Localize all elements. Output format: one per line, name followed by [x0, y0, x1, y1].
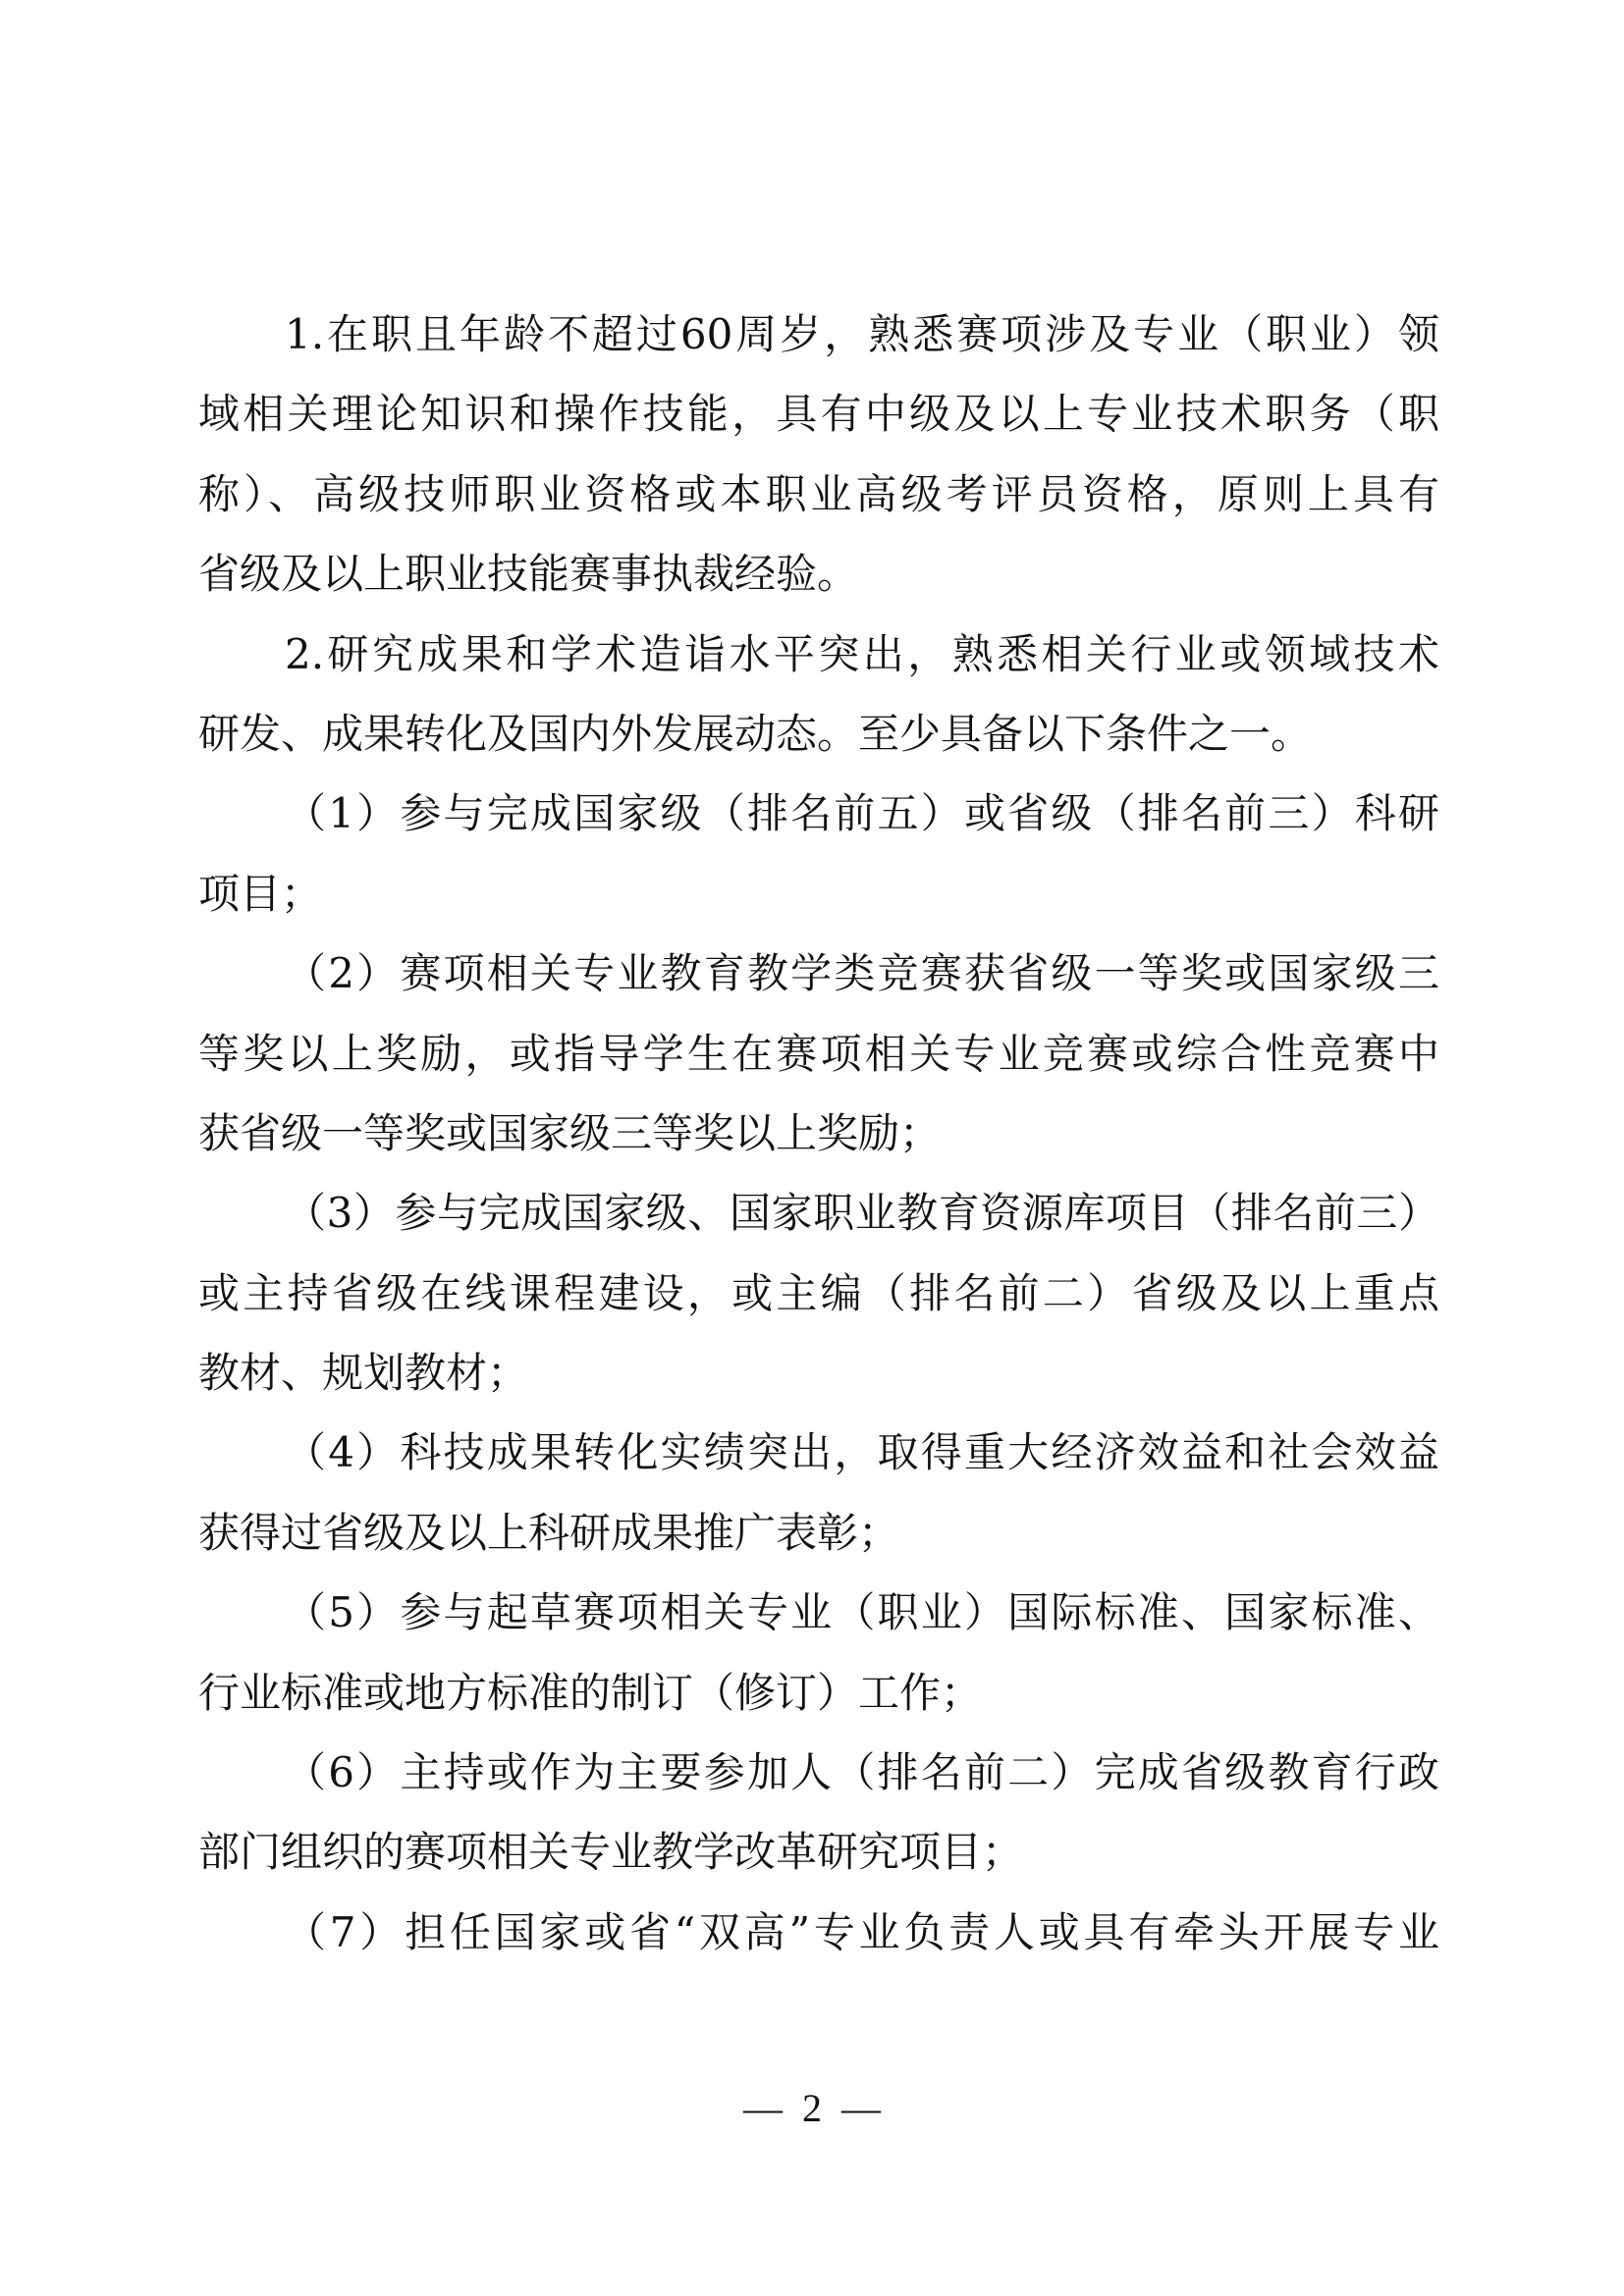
text-line: （3）参与完成国家级、国家职业教育资源库项目（排名前三）: [198, 1173, 1439, 1253]
body-text: 1.在职且年龄不超过60周岁，熟悉赛项涉及专业（职业）领 域相关理论知识和操作技…: [198, 294, 1439, 1972]
text-line: 行业标准或地方标准的制订（修订）工作；: [198, 1653, 1439, 1733]
text-line: 研发、成果转化及国内外发展动态。至少具备以下条件之一。: [198, 694, 1439, 774]
text-line: 省级及以上职业技能赛事执裁经验。: [198, 534, 1439, 614]
text-line: （5）参与起草赛项相关专业（职业）国际标准、国家标准、: [198, 1573, 1439, 1652]
text-line: 等奖以上奖励，或指导学生在赛项相关专业竞赛或综合性竞赛中: [198, 1014, 1439, 1094]
text-line: （4）科技成果转化实绩突出，取得重大经济效益和社会效益: [198, 1413, 1439, 1492]
text-line: 项目；: [198, 854, 1439, 934]
text-line: 或主持省级在线课程建设，或主编（排名前二）省级及以上重点: [198, 1254, 1439, 1333]
text-line: （1）参与完成国家级（排名前五）或省级（排名前三）科研: [198, 774, 1439, 853]
text-line: （2）赛项相关专业教育教学类竞赛获省级一等奖或国家级三: [198, 934, 1439, 1013]
text-line: 教材、规划教材；: [198, 1333, 1439, 1413]
page-number: — 2 —: [0, 2085, 1624, 2131]
text-line: 部门组织的赛项相关专业教学改革研究项目；: [198, 1812, 1439, 1892]
text-line: （7）担任国家或省“双高”专业负责人或具有牵头开展专业: [198, 1893, 1439, 1972]
text-line: 1.在职且年龄不超过60周岁，熟悉赛项涉及专业（职业）领: [198, 294, 1439, 374]
text-line: （6）主持或作为主要参加人（排名前二）完成省级教育行政: [198, 1733, 1439, 1812]
text-line: 域相关理论知识和操作技能，具有中级及以上专业技术职务（职: [198, 374, 1439, 454]
document-page: 1.在职且年龄不超过60周岁，熟悉赛项涉及专业（职业）领 域相关理论知识和操作技…: [0, 0, 1624, 2296]
text-line: 2.研究成果和学术造诣水平突出，熟悉相关行业或领域技术: [198, 614, 1439, 694]
text-line: 获得过省级及以上科研成果推广表彰；: [198, 1493, 1439, 1573]
text-line: 称）、高级技师职业资格或本职业高级考评员资格，原则上具有: [198, 454, 1439, 534]
text-line: 获省级一等奖或国家级三等奖以上奖励；: [198, 1094, 1439, 1173]
